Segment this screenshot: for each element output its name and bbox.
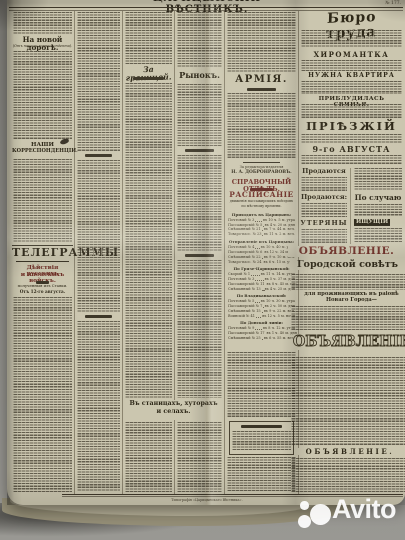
visitor-ad-heading: ПРІѢЗЖІЙ [300, 120, 403, 132]
avito-logo-icon [300, 501, 309, 510]
telegrams-source-line: полученныя изъ Ставки. [12, 284, 73, 288]
body-text-block [177, 155, 222, 251]
body-text-block [301, 81, 402, 94]
telegrams-heading: ТЕЛЕГРАММЫ [12, 247, 73, 259]
avito-logo-icon [298, 515, 311, 528]
body-text-block [301, 134, 402, 144]
small-subheading-bar [185, 254, 213, 257]
editor-line-2: Н. А. ДОБРОНРАВОВЪ. [226, 171, 297, 176]
august-9-ad-heading: 9-го АВГУСТА [300, 145, 403, 153]
army-heading: АРМІЯ. [226, 75, 297, 86]
small-subheading-bar [85, 154, 112, 157]
telegrams-date-line: Отъ 12-го августа. [12, 290, 73, 294]
section-rule [16, 261, 69, 262]
avito-watermark: Avito [296, 500, 400, 534]
column-1: На новой дорогѣ. (Отъ нашего корреспонде… [12, 0, 73, 500]
schedule-subline-2: по мѣстному времени. [226, 205, 297, 209]
body-text-block [301, 60, 402, 71]
announcement-spaced-heading: ОБЪЯВЛЕНІЕ. [294, 448, 405, 455]
small-ads-left: Продаются Продаются: УТЕРЯНЫ [300, 168, 348, 244]
column-2 [76, 0, 121, 500]
body-text-block [177, 260, 222, 398]
by-occasion-ad-heading: По случаю [353, 194, 403, 202]
body-text-block [291, 306, 405, 330]
small-subheading-bar [133, 77, 164, 80]
timetable-row: Товаро-пасс. № 24въ 6 ч. 15 м. утра [228, 260, 295, 265]
body-text-block [227, 352, 296, 418]
city-council-heading: Городской совѣтъ [290, 260, 405, 270]
column-5: АРМІЯ. За редактора-издателя Н. А. ДОБРО… [226, 0, 297, 500]
body-text-block [177, 12, 222, 68]
body-text-block [291, 274, 405, 290]
apartment-wanted-ad-heading: НУЖНА КВАРТИРА [300, 73, 403, 80]
body-text-block [13, 297, 72, 492]
timetable: Приходятъ въ Царицынъ:Почтовый № 3въ 10 … [228, 210, 295, 341]
body-text-block [301, 203, 347, 217]
section-rule [243, 162, 280, 163]
small-subheading-bar [185, 149, 213, 152]
body-text-block [177, 422, 222, 492]
body-text-block [232, 431, 291, 451]
correspondence-heading-2: КОРРЕСПОНДЕНЦІИ. [12, 149, 73, 154]
avito-logo-icon [310, 504, 331, 525]
announcement-red-heading: ОБЪЯВЛЕНІЕ. [288, 246, 405, 257]
body-text-block [291, 458, 405, 492]
chiromantka-ad-heading: ХИРОМАНТКА [300, 51, 403, 58]
body-text-block [227, 457, 296, 492]
column-rule [122, 11, 123, 494]
column-4: Рынокъ. [176, 0, 223, 500]
imprint-line: Типографія «Царицынскаго Вѣстника». [107, 498, 307, 502]
ornament-rule [247, 88, 275, 91]
column-rule [350, 168, 351, 244]
body-text-block [301, 30, 402, 48]
column-rule [224, 11, 225, 494]
body-text-block [354, 168, 402, 191]
column-3: За границей. [124, 0, 173, 500]
avito-wordmark: Avito [332, 494, 396, 525]
body-text-block [13, 159, 72, 242]
body-text-block [177, 84, 222, 146]
body-text-block [354, 228, 402, 243]
schedule-heading: РАСПИСАНІЕ [226, 191, 297, 199]
seeking-ad-inverse-heading: ИЩУЩІЙ [354, 219, 390, 226]
timetable-row: Воинскій № 41въ 12 ч. 5 м. ночи [228, 314, 295, 319]
small-subheading-bar [85, 315, 112, 318]
body-text-block [227, 12, 296, 72]
notice-bold-line-2: Новаго Города— [300, 298, 403, 304]
timetable-row: Смѣшанный № 25въ 6 ч. 55 м. веч. [228, 336, 295, 341]
announcement-outline-heading: ОБЪЯВЛЕНІЕ. [293, 334, 402, 350]
body-text-block [125, 83, 172, 399]
heading-rynok: Рынокъ. [176, 71, 223, 80]
body-text-block [13, 12, 72, 34]
script-heading-za-granitsey: За границей. [124, 65, 173, 83]
stanitsa-heading-line2: и селахъ. [124, 409, 223, 416]
body-text-block [301, 155, 402, 165]
body-text-block [301, 104, 402, 119]
small-subheading-bar [241, 425, 281, 428]
body-text-block [291, 357, 405, 445]
for-sale-ad-heading: Продаются [300, 168, 348, 175]
timetable-row: Товаро-пасс. № 23въ 11 ч. 2 м. веч. [228, 232, 295, 237]
body-text-block [77, 160, 120, 312]
newspaper-page: ЦАРИЦЫНСКІЙ ВѢСТНИКЪ. № 177. На новой до… [7, 0, 405, 505]
boxed-advert [229, 421, 294, 455]
body-text-block [125, 12, 172, 64]
stanitsa-heading-block: Въ станицахъ, хуторахъ и селахъ. [124, 400, 223, 420]
body-text-block [301, 229, 347, 243]
body-text-block [13, 51, 72, 140]
column-6: Бюро труда ХИРОМАНТКА НУЖНА КВАРТИРА ПРИ… [300, 0, 403, 500]
small-ads-right: По случаю ИЩУЩІЙ [353, 168, 403, 244]
body-text-block [354, 204, 402, 217]
timetable-row: Смѣшанный № 13въ 4 ч. 25 м. дня [228, 287, 295, 292]
column-rule [174, 11, 175, 494]
for-sale-2-ad-heading: Продаются: [300, 194, 348, 201]
stanitsa-heading-line1: Въ станицахъ, хуторахъ [124, 401, 223, 408]
lost-items-ad-heading: УТЕРЯНЫ [300, 220, 348, 227]
listing-photo: ЦАРИЦЫНСКІЙ ВѢСТНИКЪ. № 177. На новой до… [0, 0, 405, 540]
body-text-block [77, 321, 120, 492]
body-text-block [77, 12, 120, 152]
body-text-block [227, 93, 296, 159]
body-text-block [125, 422, 172, 492]
body-text-block [301, 177, 347, 191]
story-subline: (Отъ нашего корреспондента). [12, 45, 73, 49]
small-ads-two-columns: Продаются Продаются: УТЕРЯНЫ По случаю И… [300, 168, 403, 244]
